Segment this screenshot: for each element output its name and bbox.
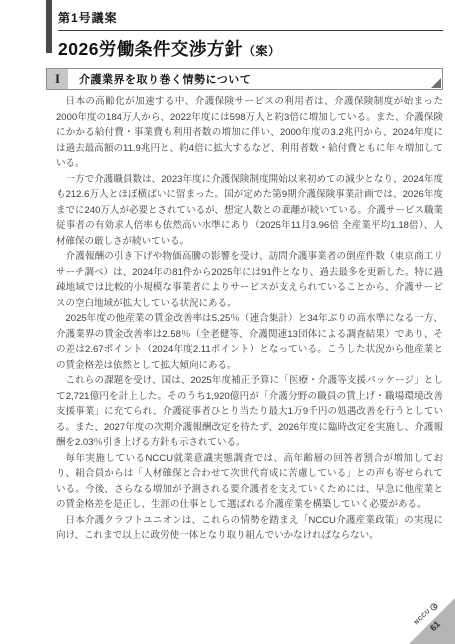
body-paragraph: 2025年度の他産業の賃金改善率は5.25％（連合集計）と34年ぶりの高水準にな… [56,311,443,373]
section-title: 介護業界を取り巻く情勢について [79,71,251,87]
section-numeral: I [47,69,68,89]
page-title: 2026労働条件交渉方針（案） [58,36,443,61]
section-corner-triangle-icon [431,78,441,88]
body-paragraph: 日本介護クラフトユニオンは、これらの情勢を踏まえ「NCCU介護産業政策」の実現に… [56,513,443,544]
proposal-number: 第1号議案 [58,9,443,26]
body-paragraph: 日本の高齢化が加速する中、介護保険サービスの利用者は、介護保険制度が始まった20… [56,94,443,172]
body-text: 日本の高齢化が加速する中、介護保険サービスの利用者は、介護保険制度が始まった20… [56,94,443,544]
page-title-main: 2026労働条件交渉方針 [58,39,243,59]
title-accent-bar [46,0,52,53]
body-paragraph: 介護報酬の引き下げや物価高騰の影響を受け、訪問介護事業者の倒産件数（東京商工リサ… [56,249,443,311]
body-paragraph: 毎年実施しているNCCU就業意識実態調査では、高年齢層の回答者割合が増加しており… [56,451,443,513]
document-page: 第1号議案 2026労働条件交渉方針（案） I 介護業界を取り巻く情勢について … [0,0,455,644]
page-title-draft-suffix: （案） [243,44,281,58]
document-header: 第1号議案 2026労働条件交渉方針（案） [58,9,443,61]
header-divider [58,30,443,31]
section-heading: I 介護業界を取り巻く情勢について [46,68,443,90]
body-paragraph: これらの課題を受け、国は、2025年度補正予算に「医療・介護等支援パッケージ」と… [56,373,443,451]
body-paragraph: 一方で介護職員数は、2023年度に介護保険制度開始以来初めての減少となり、202… [56,172,443,250]
